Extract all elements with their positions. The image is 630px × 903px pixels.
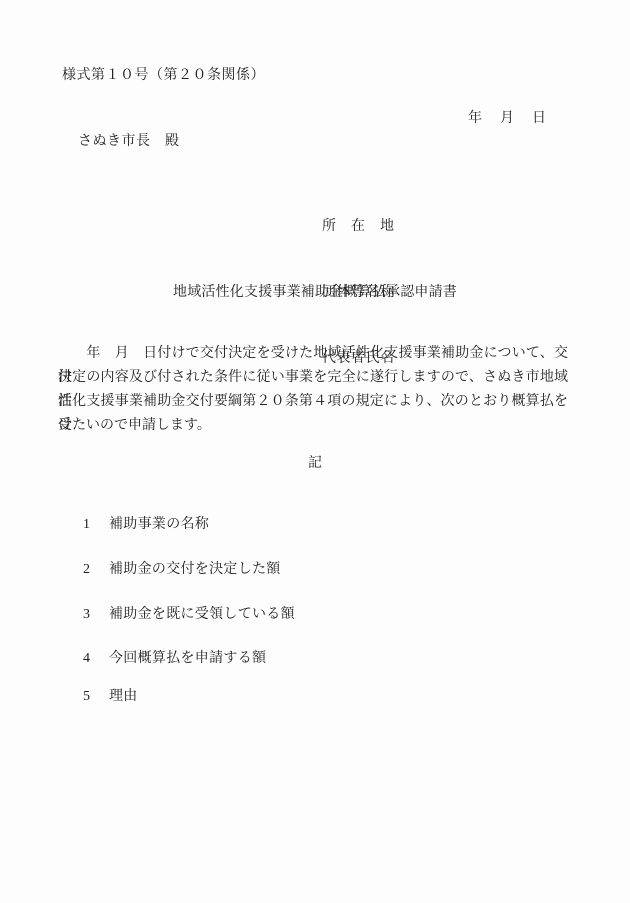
list-item-number: 3: [83, 607, 109, 623]
list-item-text: 補助事業の名称: [109, 517, 209, 532]
date-line: 年 月 日: [468, 107, 548, 127]
list-item: 5理由: [62, 669, 138, 721]
body-line: 性化支援事業補助金交付要綱第２０条第４項の規定により、次のとおり概算払を受: [58, 390, 568, 414]
addressee-label: さぬき市長 殿: [78, 130, 180, 150]
list-item-text: 理由: [109, 689, 138, 704]
form-number-label: 様式第１０号（第２０条関係）: [62, 64, 265, 84]
list-item: 2補助金の交付を決定した額: [62, 542, 281, 594]
body-paragraph: 年 月 日付けで交付決定を受けた地域活性化支援事業補助金について、交付 決定の内…: [58, 342, 568, 438]
sender-location-label: 所 在 地: [322, 216, 395, 238]
document-page: 様式第１０号（第２０条関係） 年 月 日 さぬき市長 殿 所 在 地 団体等名称…: [0, 0, 630, 903]
list-item-number: 1: [83, 517, 109, 533]
list-item-number: 2: [83, 562, 109, 578]
body-line: 年 月 日付けで交付決定を受けた地域活性化支援事業補助金について、交付: [58, 342, 568, 366]
list-item: 1補助事業の名称: [62, 497, 209, 549]
list-item-number: 4: [83, 651, 109, 667]
body-line: けたいので申請します。: [58, 414, 568, 438]
document-title: 地域活性化支援事業補助金概算払承認申請書: [0, 281, 630, 301]
list-item-text: 補助金の交付を決定した額: [109, 562, 281, 577]
list-item-text: 今回概算払を申請する額: [109, 651, 266, 666]
list-item: 3補助金を既に受領している額: [62, 587, 295, 639]
record-marker: 記: [0, 452, 630, 472]
list-item: 4今回概算払を申請する額: [62, 631, 266, 683]
list-item-text: 補助金を既に受領している額: [109, 607, 295, 622]
body-line: 決定の内容及び付された条件に従い事業を完全に遂行しますので、さぬき市地域活: [58, 366, 568, 390]
list-item-number: 5: [83, 689, 109, 705]
